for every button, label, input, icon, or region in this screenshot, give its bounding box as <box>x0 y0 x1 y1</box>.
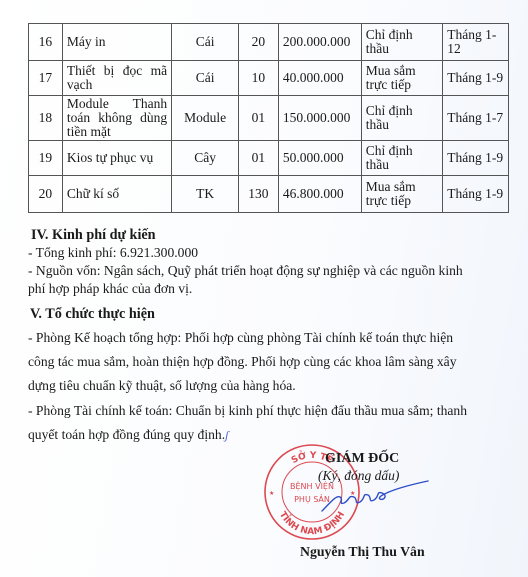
item-number: 16 <box>29 24 63 61</box>
item-price: 40.000.000 <box>278 61 361 96</box>
section-5-line-5-text: quyết toán hợp đồng đúng quy định. <box>28 427 225 442</box>
item-quantity: 10 <box>238 61 278 96</box>
item-unit: Cái <box>172 61 239 96</box>
timeline: Tháng 1-12 <box>443 24 509 61</box>
signature-title: GIÁM ĐỐC <box>325 451 399 467</box>
funding-source-line-1: - Nguồn vốn: Ngân sách, Quỹ phát triển h… <box>28 263 463 279</box>
table-row: 18Module Thanh toán không dùng tiền mặtM… <box>29 96 509 141</box>
procurement-method: Chỉ định thầu <box>361 24 442 61</box>
procurement-table: 16Máy inCái20200.000.000Chỉ định thầuThá… <box>28 23 509 213</box>
table-row: 17Thiết bị đọc mã vạchCái1040.000.000Mua… <box>29 61 509 96</box>
timeline: Tháng 1-9 <box>443 141 509 176</box>
item-price: 50.000.000 <box>278 141 361 176</box>
section-4-title: IV. Kinh phí dự kiến <box>31 227 156 244</box>
item-number: 17 <box>29 61 63 96</box>
item-unit: Cái <box>172 24 239 61</box>
timeline: Tháng 1-9 <box>443 61 509 96</box>
item-unit: TK <box>172 176 239 213</box>
section-5-line-1: - Phòng Kế hoạch tổng hợp: Phối hợp cùng… <box>28 330 453 346</box>
item-unit: Cây <box>172 141 239 176</box>
table-row: 19Kios tự phục vụCây0150.000.000Chỉ định… <box>29 141 509 176</box>
item-number: 20 <box>29 176 63 213</box>
item-price: 46.800.000 <box>278 176 361 213</box>
procurement-method: Mua sắm trực tiếp <box>361 61 442 96</box>
item-name: Module Thanh toán không dùng tiền mặt <box>62 96 171 141</box>
item-quantity: 20 <box>238 24 278 61</box>
item-name: Thiết bị đọc mã vạch <box>62 61 171 96</box>
table-row: 20Chữ kí sốTK13046.800.000Mua sắm trực t… <box>29 176 509 213</box>
item-number: 19 <box>29 141 63 176</box>
signer-name: Nguyễn Thị Thu Vân <box>300 544 425 560</box>
funding-source-line-2: phí hợp pháp khác của đơn vị. <box>28 281 192 297</box>
timeline: Tháng 1-9 <box>443 176 509 213</box>
item-unit: Module <box>172 96 239 141</box>
item-name: Máy in <box>62 24 171 61</box>
item-quantity: 130 <box>238 176 278 213</box>
section-5-line-2: công tác mua sắm, hoàn thiện hợp đồng. P… <box>28 354 457 370</box>
procurement-method: Chỉ định thầu <box>361 141 442 176</box>
item-price: 200.000.000 <box>278 24 361 61</box>
item-number: 18 <box>29 96 63 141</box>
item-quantity: 01 <box>238 96 278 141</box>
timeline: Tháng 1-7 <box>443 96 509 141</box>
item-price: 150.000.000 <box>278 96 361 141</box>
item-name: Kios tự phục vụ <box>62 141 171 176</box>
svg-text:★: ★ <box>269 490 274 497</box>
section-5-line-4: - Phòng Tài chính kế toán: Chuẩn bị kinh… <box>28 403 467 419</box>
procurement-method: Chỉ định thầu <box>361 96 442 141</box>
procurement-method: Mua sắm trực tiếp <box>361 176 442 213</box>
item-quantity: 01 <box>238 141 278 176</box>
section-5-line-5: quyết toán hợp đồng đúng quy định.ʃ <box>28 427 229 443</box>
section-5-title: V. Tổ chức thực hiện <box>30 306 155 323</box>
initial-mark-icon: ʃ <box>225 428 228 442</box>
total-budget: - Tổng kinh phí: 6.921.300.000 <box>28 245 198 261</box>
section-5-line-3: dựng tiêu chuẩn kỹ thuật, số lượng của h… <box>28 378 296 394</box>
table-row: 16Máy inCái20200.000.000Chỉ định thầuThá… <box>29 24 509 61</box>
signature-note: (Ký, đóng dấu) <box>318 468 399 484</box>
item-name: Chữ kí số <box>62 176 171 213</box>
